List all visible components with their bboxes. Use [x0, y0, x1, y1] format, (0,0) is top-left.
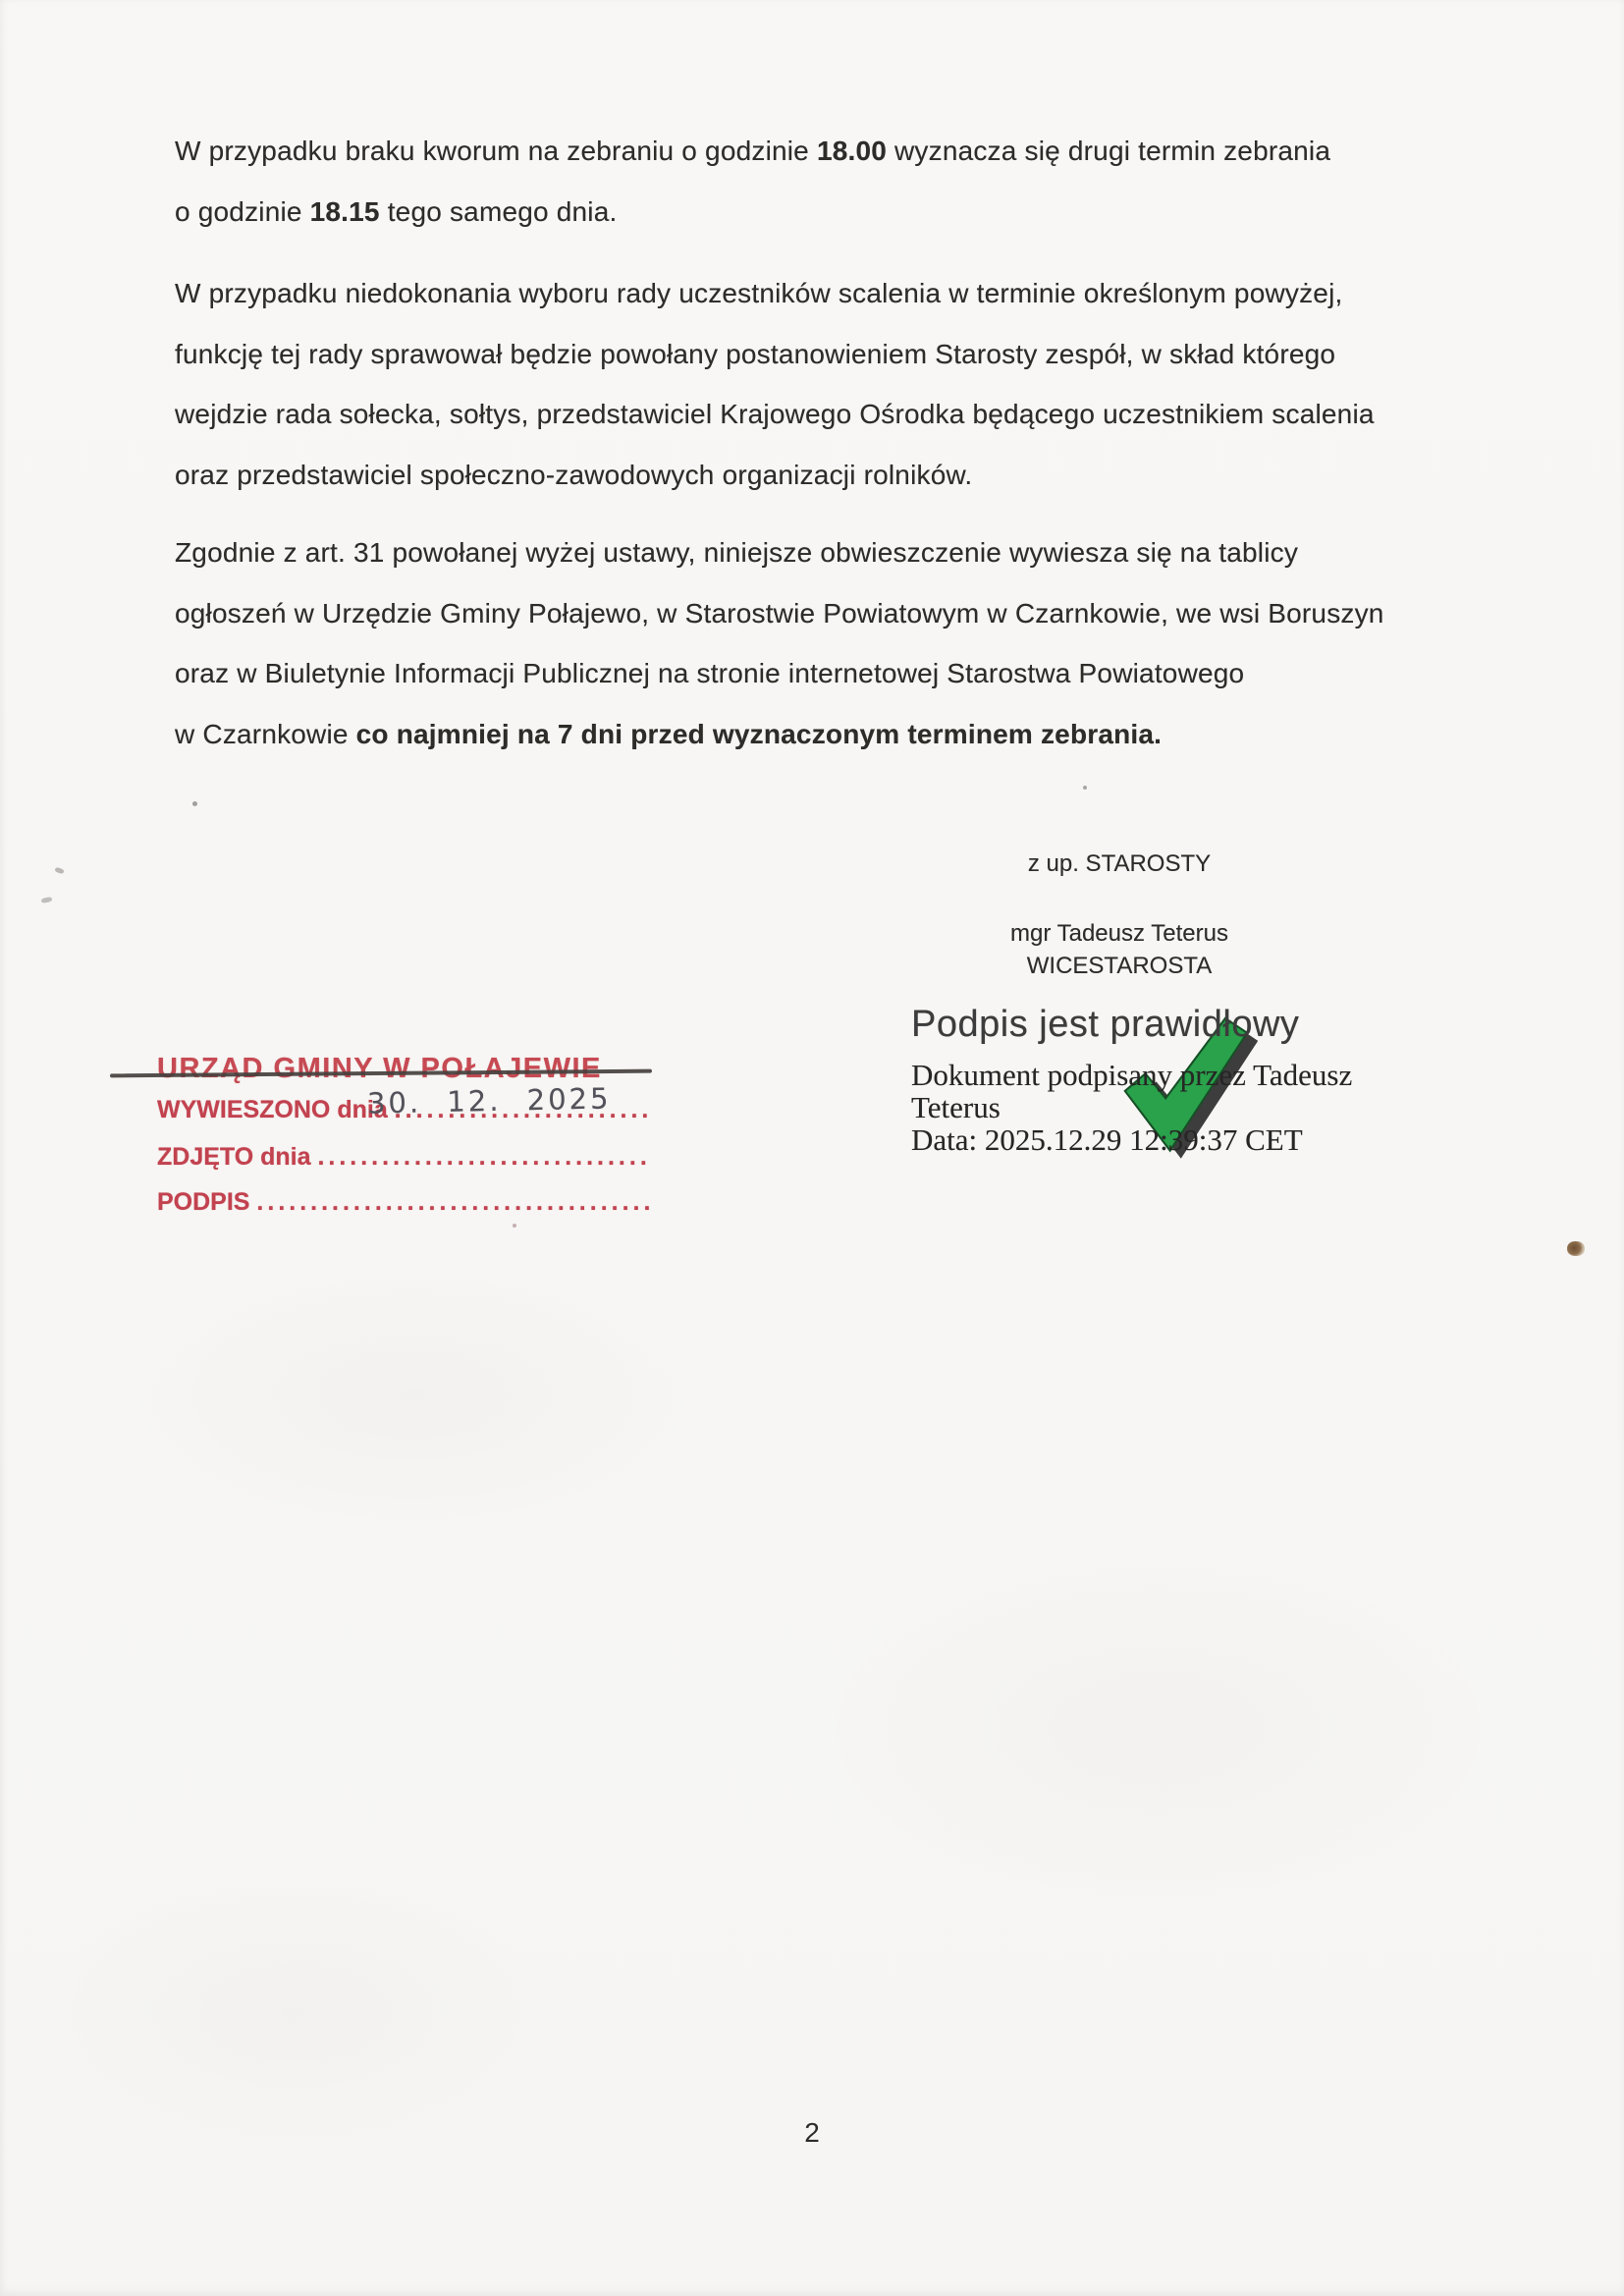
- stamp-posted-label: WYWIESZONO dnia: [157, 1096, 395, 1123]
- signatory-title: WICESTAROSTA: [967, 950, 1272, 982]
- stamp-signature-dotted-line: ........................................…: [256, 1188, 650, 1216]
- text-run: wyznacza się drugi termin zebrania: [887, 136, 1330, 166]
- signature-authority: z up. STAROSTY: [967, 850, 1272, 878]
- digital-signature-panel: Podpis jest prawidłowy Dokument podpisan…: [911, 1004, 1422, 1156]
- signed-by-line-1: Dokument podpisany przez Tadeusz: [911, 1059, 1422, 1091]
- paragraph-council-fallback: W przypadku niedokonania wyboru rady ucz…: [175, 263, 1441, 505]
- paragraph-announcement-posting: Zgodnie z art. 31 powołanej wyżej ustawy…: [175, 522, 1441, 764]
- text-run: oraz w Biuletynie Informacji Publicznej …: [175, 658, 1244, 688]
- text-run: oraz przedstawiciel społeczno-zawodowych…: [175, 460, 972, 490]
- stamp-office-name: URZĄD GMINY W POŁAJEWIE: [157, 1053, 602, 1085]
- page-number: 2: [0, 2117, 1624, 2149]
- text-run: o godzinie: [175, 196, 310, 227]
- stamp-removed-row: ZDJĘTO dnia ............................…: [157, 1143, 650, 1172]
- scanned-document-page: W przypadku braku kworum na zebraniu o g…: [0, 0, 1624, 2296]
- text-run: Zgodnie z art. 31 powołanej wyżej ustawy…: [175, 537, 1298, 568]
- stamp-removed-label: ZDJĘTO dnia: [157, 1143, 317, 1171]
- text-run-bold-time-1815: 18.15: [310, 196, 380, 227]
- text-run: w Czarnkowie: [175, 719, 356, 749]
- text-run-bold-deadline: co najmniej na 7 dni przed wyznaczonym t…: [356, 719, 1163, 749]
- scan-stain: [1567, 1241, 1585, 1256]
- text-run: W przypadku niedokonania wyboru rady ucz…: [175, 278, 1342, 308]
- signature-date-line: Data: 2025.12.29 12:39:37 CET: [911, 1123, 1422, 1156]
- stamp-removed-dotted-line: ........................................…: [317, 1143, 650, 1171]
- scan-speck: [1083, 786, 1087, 790]
- signature-block: z up. STAROSTY mgr Tadeusz Teterus WICES…: [967, 850, 1272, 982]
- text-run-bold-time-1800: 18.00: [817, 136, 887, 166]
- office-stamp: URZĄD GMINY W POŁAJEWIE WYWIESZONO dnia …: [110, 1049, 679, 1235]
- signature-valid-status: Podpis jest prawidłowy: [911, 1004, 1422, 1046]
- scan-speck: [54, 867, 64, 875]
- text-run: W przypadku braku kworum na zebraniu o g…: [175, 136, 817, 166]
- text-run: ogłoszeń w Urzędzie Gminy Połajewo, w St…: [175, 598, 1384, 629]
- scan-speck: [41, 897, 53, 903]
- text-run: tego samego dnia.: [380, 196, 618, 227]
- text-run: wejdzie rada sołecka, sołtys, przedstawi…: [175, 399, 1375, 429]
- signatory-name: mgr Tadeusz Teterus: [967, 917, 1272, 950]
- scan-speck: [513, 1224, 516, 1228]
- stamp-signature-row: PODPIS .................................…: [157, 1188, 650, 1217]
- handwritten-posted-date: 30. 12. 2025: [367, 1081, 612, 1120]
- scan-speck: [192, 801, 197, 806]
- paragraph-quorum: W przypadku braku kworum na zebraniu o g…: [175, 121, 1441, 242]
- text-run: funkcję tej rady sprawował będzie powoła…: [175, 339, 1335, 369]
- stamp-signature-label: PODPIS: [157, 1188, 256, 1216]
- signed-by-line-2: Teterus: [911, 1091, 1422, 1123]
